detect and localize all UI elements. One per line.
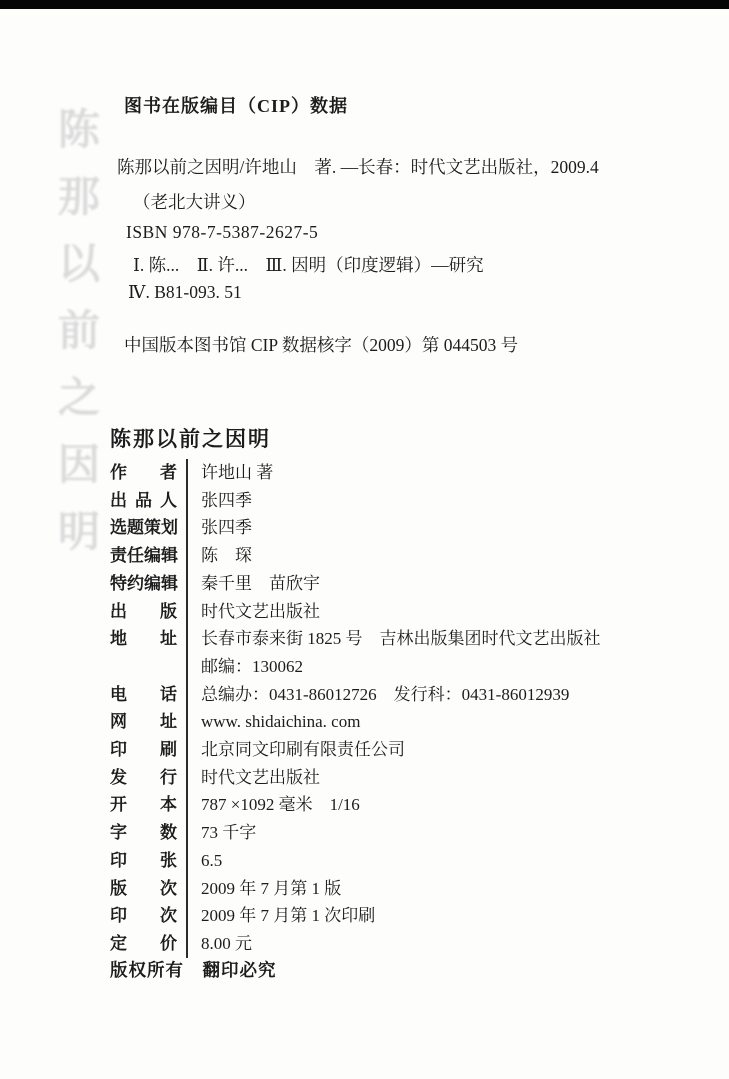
ghost-character: 之: [58, 378, 100, 420]
colophon-row-label: 印张: [110, 847, 177, 875]
colophon-row-label: 特约编辑: [110, 570, 177, 598]
ghost-character: 陈: [58, 110, 100, 152]
colophon-row-label: 印次: [110, 902, 177, 930]
colophon-row-label: 开本: [110, 791, 177, 819]
colophon-row-value: 许地山 著: [186, 459, 273, 487]
colophon-row-value: 73 千字: [186, 819, 256, 847]
colophon-row: 选题策划 张四季: [110, 514, 685, 542]
colophon-row: 版次 2009 年 7 月第 1 版: [110, 875, 685, 903]
colophon-value-line: 张四季: [201, 514, 252, 542]
cip-registration-note: 中国版本图书馆 CIP 数据核字（2009）第 044503 号: [124, 332, 518, 357]
colophon-value-line: 秦千里 苗欣宇: [201, 570, 320, 598]
colophon-row: 特约编辑 秦千里 苗欣宇: [110, 570, 685, 598]
colophon-value-line: 6.5: [201, 847, 222, 875]
colophon-row-label: 版次: [110, 875, 177, 903]
colophon-row-label: 作者: [110, 459, 177, 487]
colophon-value-line: 787 ×1092 毫米 1/16: [201, 791, 360, 819]
colophon-row-value: 陈 琛: [186, 542, 252, 570]
colophon-value-line: 时代文艺出版社: [201, 598, 320, 626]
scan-top-edge: [0, 0, 729, 9]
colophon-row-value: 2009 年 7 月第 1 版: [186, 875, 341, 903]
colophon-value-line: 73 千字: [201, 819, 256, 847]
colophon-row: 发行 时代文艺出版社: [110, 764, 685, 792]
colophon-row-label: 选题策划: [110, 514, 177, 542]
ghost-character: 前: [58, 311, 100, 353]
colophon-row: 定价 8.00 元: [110, 930, 685, 958]
cip-header: 图书在版编目（CIP）数据: [124, 92, 348, 118]
colophon-value-line: 8.00 元: [201, 930, 252, 958]
colophon-row: 字数 73 千字: [110, 819, 685, 847]
ghost-character: 以: [58, 244, 100, 286]
colophon-row-value: www. shidaichina. com: [186, 708, 360, 736]
ghost-character: 那: [58, 177, 100, 219]
colophon-row-value: 6.5: [186, 847, 222, 875]
colophon-row: 印刷 北京同文印刷有限责任公司: [110, 736, 685, 764]
colophon-row-label: 电话: [110, 681, 177, 709]
book-title: 陈那以前之因明: [110, 423, 271, 453]
colophon-row-value: 2009 年 7 月第 1 次印刷: [186, 902, 375, 930]
colophon-row: 出版 时代文艺出版社: [110, 598, 685, 626]
colophon-value-line: 许地山 著: [201, 459, 273, 487]
cip-classification-line-1: Ⅰ. 陈... Ⅱ. 许... Ⅲ. 因明（印度逻辑）—研究: [133, 252, 484, 277]
colophon-value-line: 陈 琛: [201, 542, 252, 570]
colophon-row: 作者 许地山 著: [110, 459, 685, 487]
colophon-value-line: 北京同文印刷有限责任公司: [201, 736, 405, 764]
colophon-row: 网址 www. shidaichina. com: [110, 708, 685, 736]
colophon-table: 作者 许地山 著 出品人 张四季 选题策划 张四季 责任编辑 陈 琛 特约编辑 …: [110, 459, 685, 958]
colophon-row-value: 张四季: [186, 487, 252, 515]
copyright-notice: 版权所有 翻印必究: [110, 957, 277, 982]
colophon-row-label: 地址: [110, 625, 177, 680]
colophon-row: 责任编辑 陈 琛: [110, 542, 685, 570]
colophon-row-label: 网址: [110, 708, 177, 736]
colophon-value-line: 2009 年 7 月第 1 版: [201, 875, 341, 903]
colophon-value-line: 邮编：130062: [201, 653, 601, 681]
colophon-value-line: 时代文艺出版社: [201, 764, 320, 792]
colophon-row-value: 时代文艺出版社: [186, 764, 320, 792]
colophon-row-label: 发行: [110, 764, 177, 792]
colophon-value-line: 张四季: [201, 487, 252, 515]
colophon-row: 地址 长春市泰来街 1825 号 吉林出版集团时代文艺出版社邮编：130062: [110, 625, 685, 680]
colophon-row-value: 张四季: [186, 514, 252, 542]
colophon-value-line: 总编办：0431-86012726 发行科：0431-86012939: [201, 681, 569, 709]
ghost-bleedthrough-title: 陈那以前之因明: [58, 110, 100, 554]
colophon-row-value: 北京同文印刷有限责任公司: [186, 736, 405, 764]
colophon-value-line: 长春市泰来街 1825 号 吉林出版集团时代文艺出版社: [201, 625, 601, 653]
colophon-row-label: 出品人: [110, 487, 177, 515]
scanned-copyright-page: 陈那以前之因明 图书在版编目（CIP）数据 陈那以前之因明/许地山 著. —长春…: [0, 0, 729, 1079]
colophon-row-value: 时代文艺出版社: [186, 598, 320, 626]
colophon-row-label: 出版: [110, 598, 177, 626]
colophon-row-label: 印刷: [110, 736, 177, 764]
colophon-row: 印张 6.5: [110, 847, 685, 875]
colophon-row-value: 787 ×1092 毫米 1/16: [186, 791, 360, 819]
isbn: ISBN 978-7-5387-2627-5: [126, 222, 318, 243]
colophon-row-value: 总编办：0431-86012726 发行科：0431-86012939: [186, 681, 569, 709]
colophon-row: 印次 2009 年 7 月第 1 次印刷: [110, 902, 685, 930]
colophon-row: 出品人 张四季: [110, 487, 685, 515]
colophon-row-label: 定价: [110, 930, 177, 958]
colophon-row-value: 长春市泰来街 1825 号 吉林出版集团时代文艺出版社邮编：130062: [186, 625, 601, 680]
ghost-character: 因: [58, 445, 100, 487]
colophon-row-value: 秦千里 苗欣宇: [186, 570, 320, 598]
colophon-row-label: 字数: [110, 819, 177, 847]
cip-bibliographic-line: 陈那以前之因明/许地山 著. —长春：时代文艺出版社，2009.4: [117, 154, 599, 179]
colophon-value-line: 2009 年 7 月第 1 次印刷: [201, 902, 375, 930]
cip-classification-line-2: Ⅳ. B81-093. 51: [128, 282, 242, 303]
colophon-row-value: 8.00 元: [186, 930, 252, 958]
cip-series-line: （老北大讲义）: [133, 189, 256, 214]
colophon-row: 开本 787 ×1092 毫米 1/16: [110, 791, 685, 819]
colophon-value-line: www. shidaichina. com: [201, 708, 360, 736]
ghost-character: 明: [58, 512, 100, 554]
colophon-row: 电话 总编办：0431-86012726 发行科：0431-86012939: [110, 681, 685, 709]
colophon-row-label: 责任编辑: [110, 542, 177, 570]
